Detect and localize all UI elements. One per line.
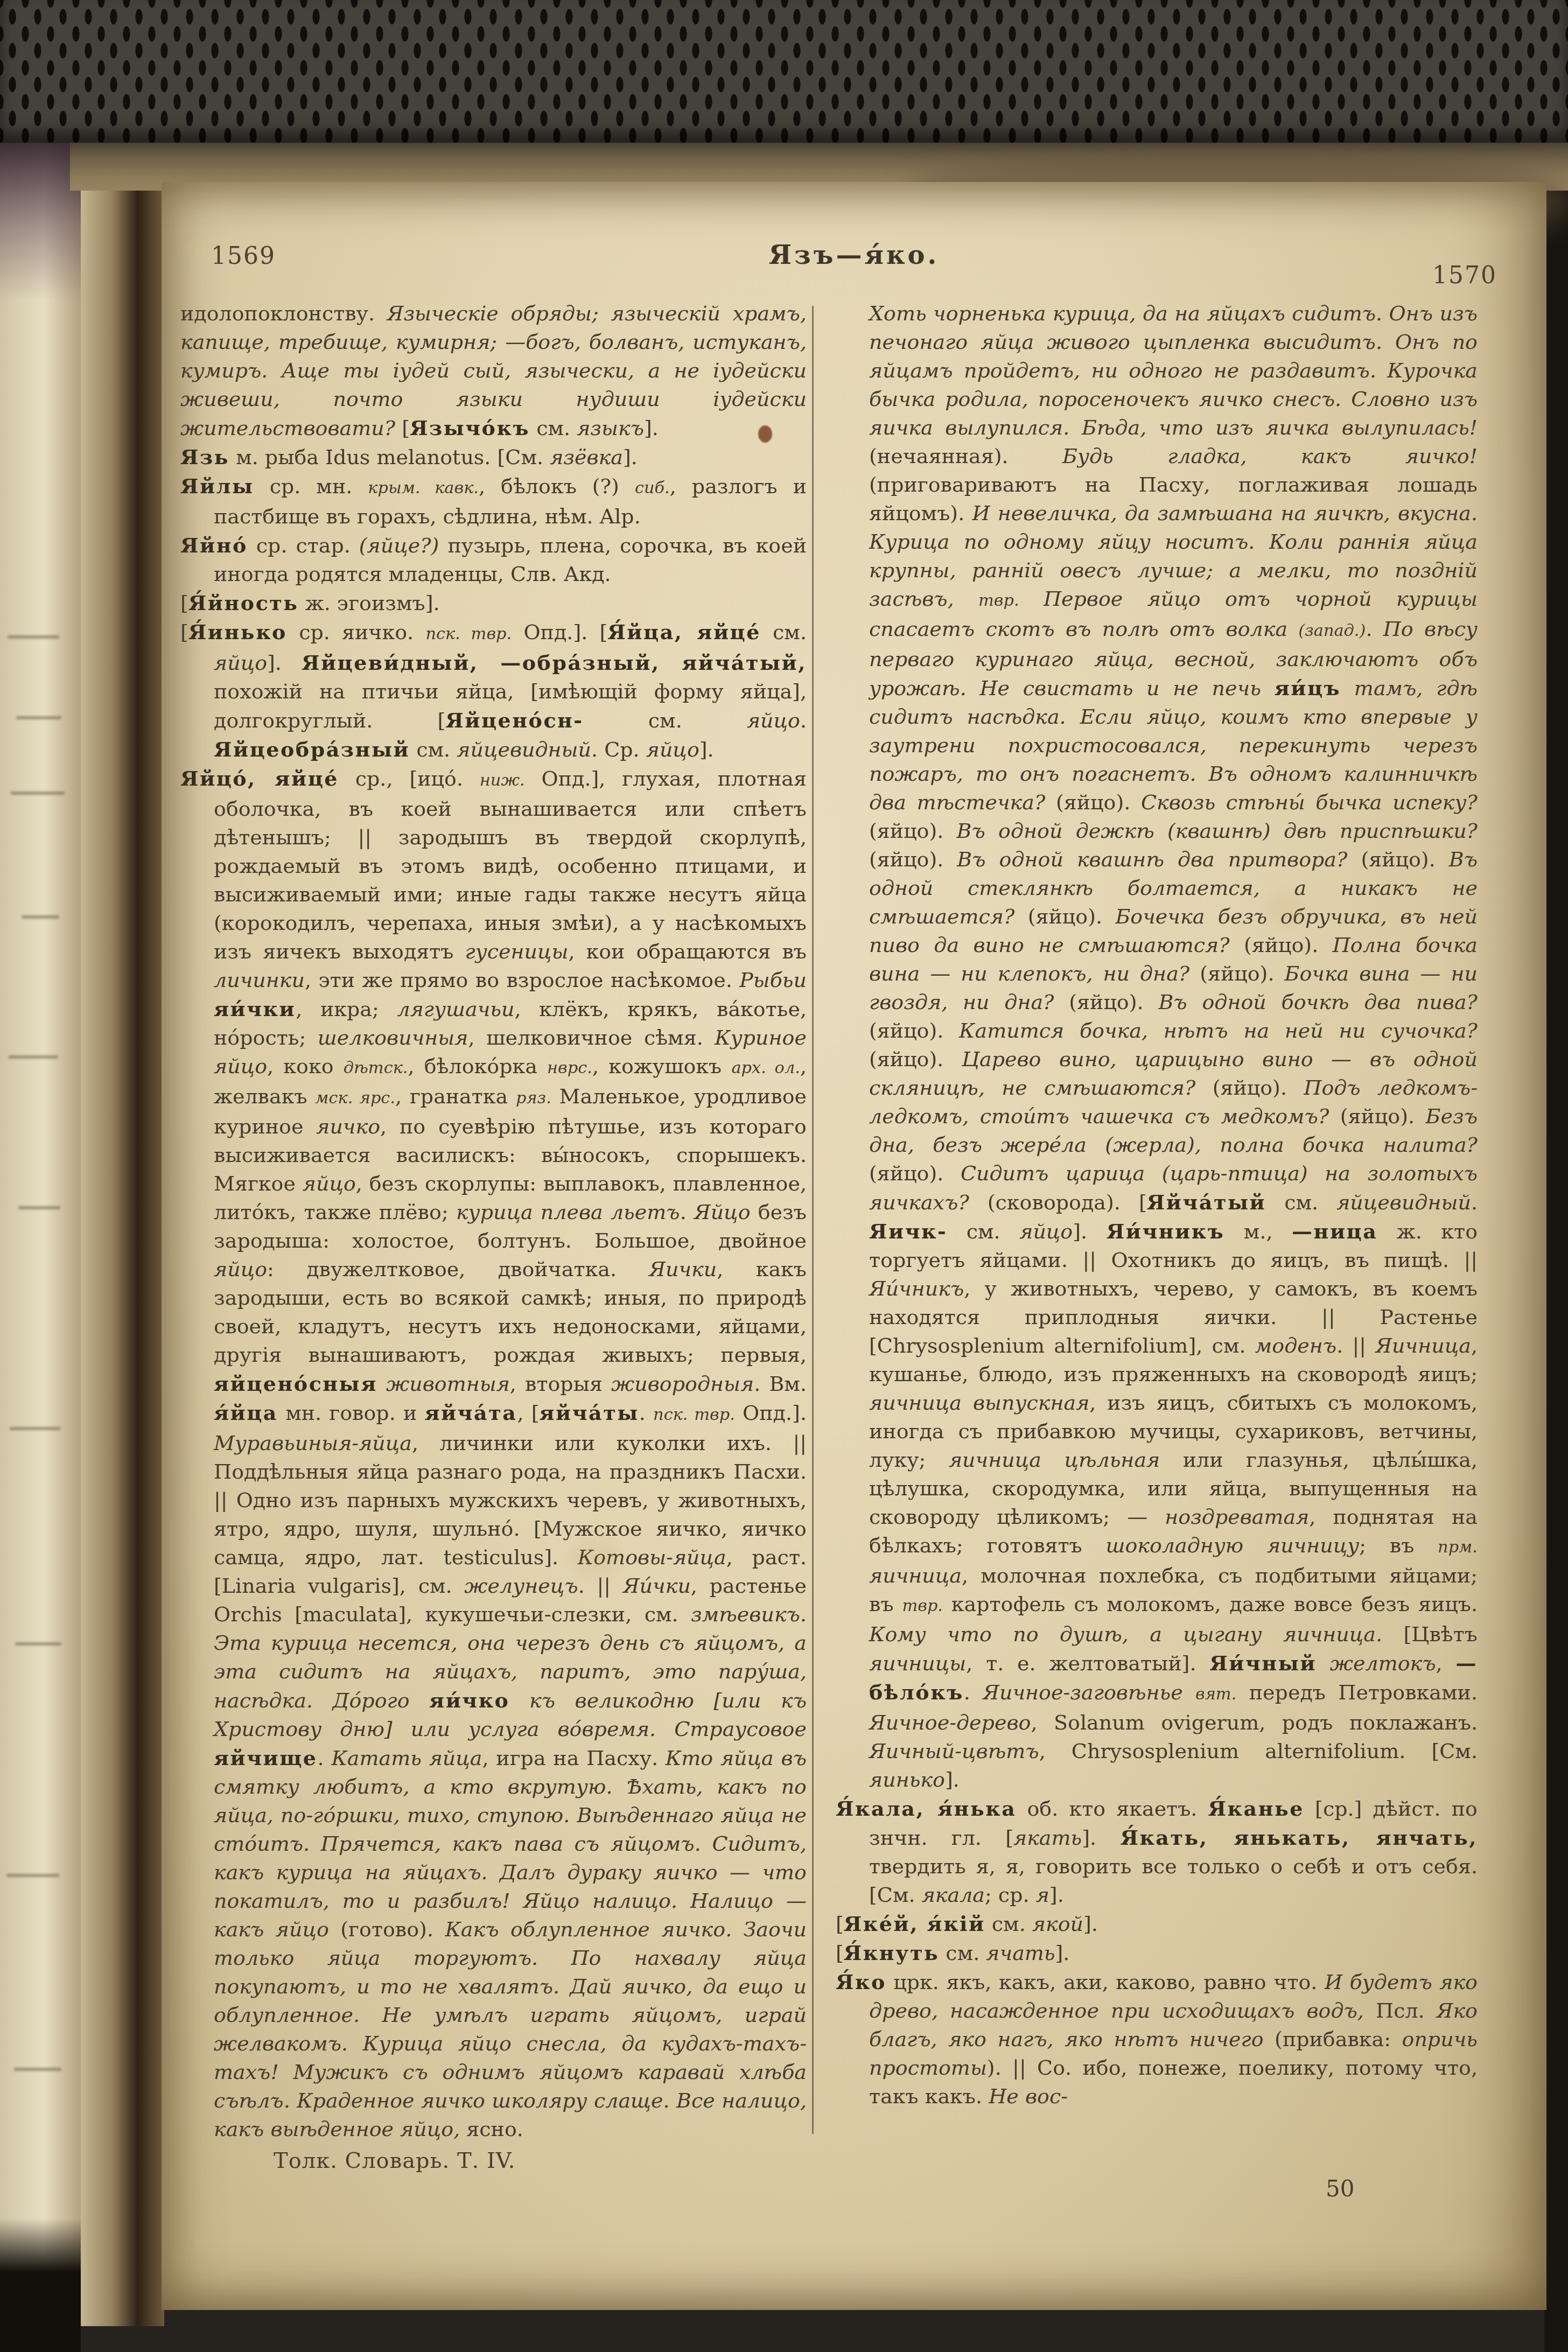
facing-page-fore-edge	[0, 0, 81, 2352]
ghost-text-line	[22, 915, 59, 919]
dictionary-paragraph: Хоть чорненька курица, да на яйцахъ сиди…	[836, 299, 1478, 1794]
ghost-text-line	[14, 2068, 61, 2071]
volume-footer-note: Толк. Словарь. Т. IV.	[274, 2148, 515, 2173]
book-scan: 1569 Язъ—я́ко. 1570 идолопоклонству. Язы…	[0, 0, 1568, 2352]
dictionary-paragraph: [Яке́й, я́кій см. якой].	[836, 1909, 1478, 1938]
signature-number: 50	[1326, 2175, 1354, 2202]
edge-shadow-bottom	[0, 2218, 81, 2352]
dictionary-paragraph: [Я́йность ж. эгоизмъ].	[180, 589, 807, 618]
ink-stain	[758, 425, 772, 443]
right-margin-shadow	[1544, 0, 1568, 2352]
dictionary-paragraph: [Я́кнуть см. ячать].	[836, 1938, 1478, 1968]
running-title: Язъ—я́ко.	[162, 240, 1546, 270]
dictionary-page: 1569 Язъ—я́ко. 1570 идолопоклонству. Язы…	[162, 182, 1546, 2310]
dictionary-paragraph: Я́ко црк. якъ, какъ, аки, каково, равно …	[836, 1968, 1478, 2111]
foxing-spot	[571, 1539, 619, 1577]
ghost-text-line	[9, 1055, 58, 1059]
gutter-shadow	[81, 162, 164, 2326]
ghost-text-line	[16, 716, 61, 719]
ghost-text-line	[18, 1206, 60, 1209]
column-divider-rule	[812, 306, 814, 2134]
dictionary-paragraph: [Я́инько ср. яичко. пск. твр. Опд.]. [Я́…	[180, 618, 807, 764]
foxing-spot	[1265, 893, 1303, 925]
dictionary-paragraph: идолопоклонству. Языческіе обряды; языче…	[180, 299, 807, 443]
ghost-text-line	[10, 1427, 60, 1430]
left-column: идолопоклонству. Языческіе обряды; языче…	[180, 299, 807, 2144]
dictionary-paragraph: Язь м. рыба Idus melanotus. [См. язёвка]…	[180, 443, 807, 472]
ghost-text-line	[15, 1642, 61, 1646]
dictionary-paragraph: Яйцо́, яйце́ ср., [ицо́. ниж. Опд.], глу…	[180, 764, 807, 2144]
ghost-text-line	[11, 792, 65, 795]
dictionary-paragraph: Яйлы ср. мн. крым. кавк., бѣлокъ (?) сиб…	[180, 472, 807, 531]
press-background-texture	[0, 0, 1568, 143]
dictionary-paragraph: Яйно́ ср. стар. (яйце?) пузырь, плена, с…	[180, 531, 807, 589]
right-column: Хоть чорненька курица, да на яйцахъ сиди…	[836, 299, 1478, 2111]
ghost-text-line	[8, 635, 59, 639]
ghost-text-line	[6, 1874, 59, 1877]
page-number-right: 1570	[1432, 262, 1497, 289]
dictionary-paragraph: Я́кала, я́нька об. кто якаетъ. Я́канье […	[836, 1794, 1478, 1909]
